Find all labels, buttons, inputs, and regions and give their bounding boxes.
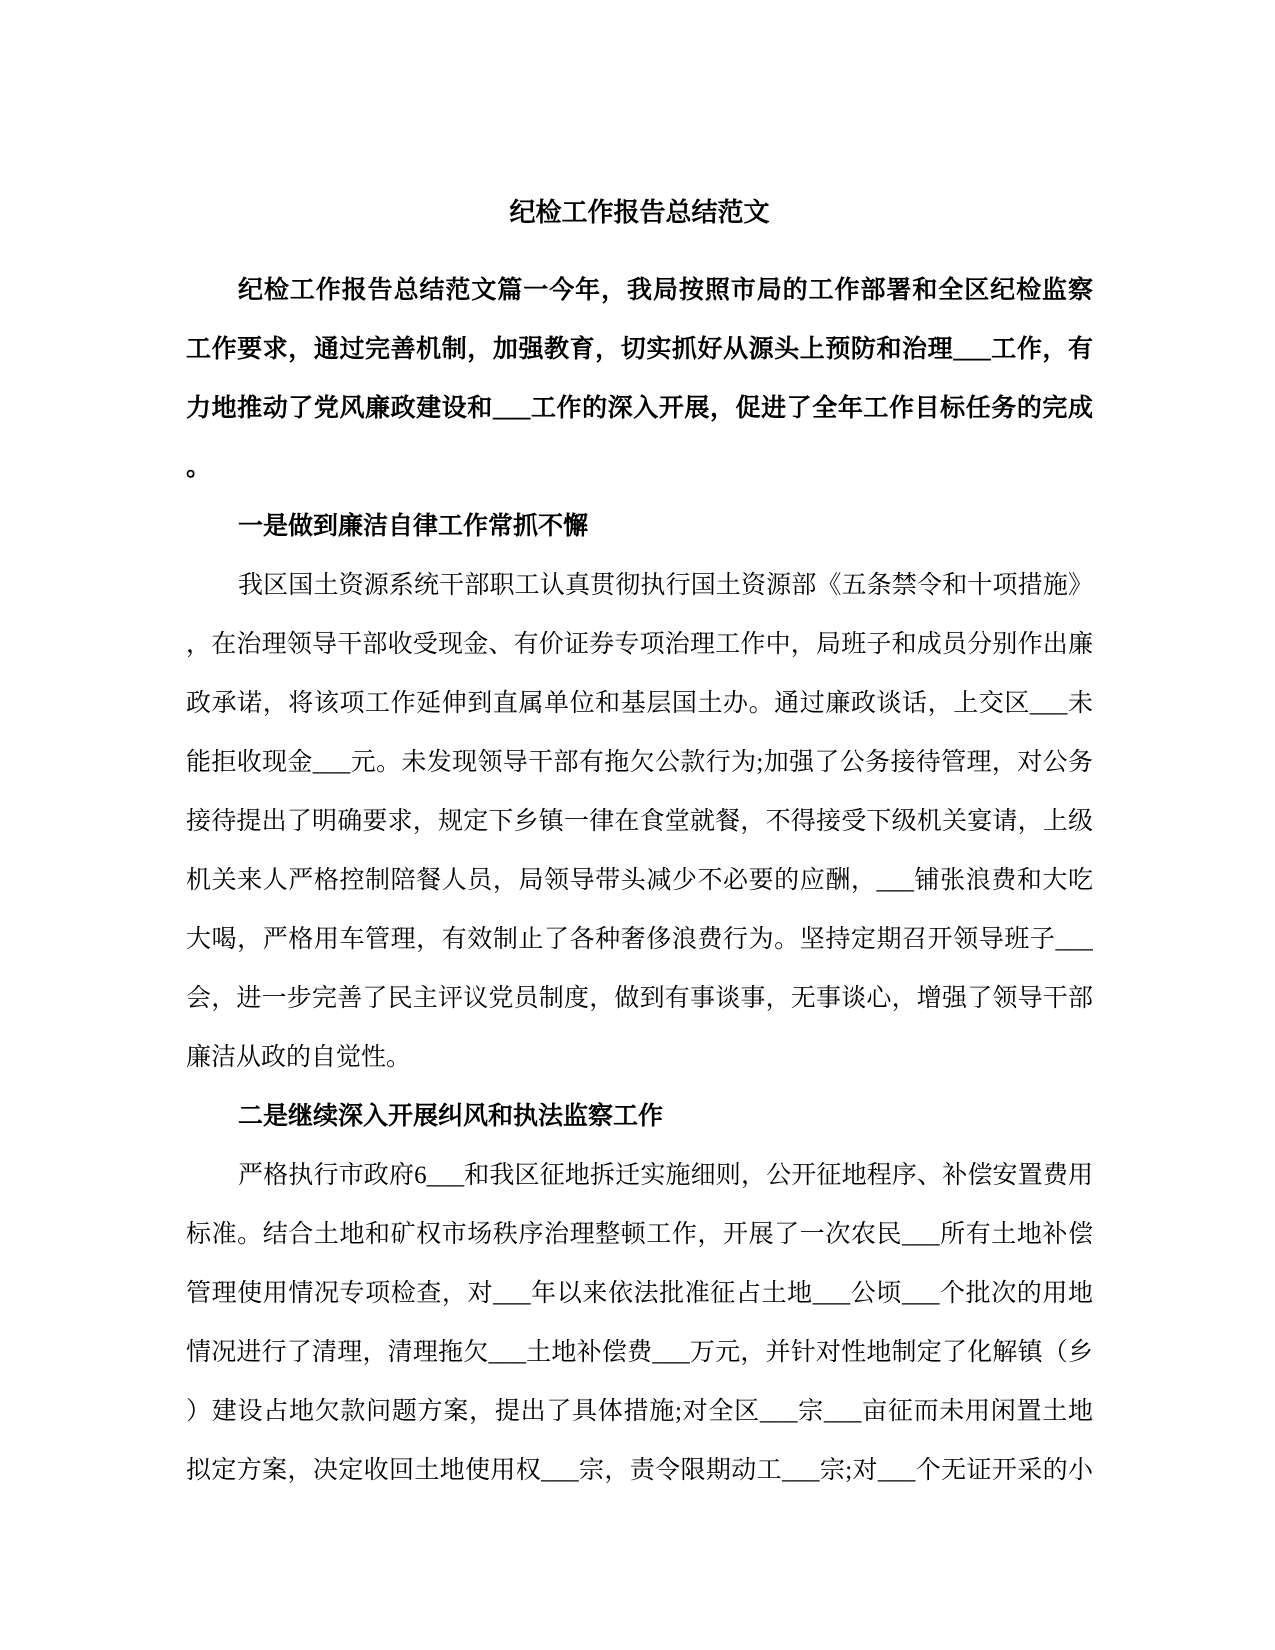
text-line: 管理使用情况专项检查，对___年以来依法批准征占土地___公顷___个批次的用地 bbox=[186, 1264, 1093, 1323]
intro-paragraph: 纪检工作报告总结范文篇一今年，我局按照市局的工作部署和全区纪检监察工作要求，通过… bbox=[186, 261, 1093, 497]
text-line: 我区国土资源系统干部职工认真贯彻执行国土资源部《五条禁令和十项措施》 bbox=[186, 556, 1093, 615]
text-line: 廉洁从政的自觉性。 bbox=[186, 1028, 1093, 1087]
text-line: 政承诺，将该项工作延伸到直属单位和基层国土办。通过廉政谈话，上交区___未 bbox=[186, 674, 1093, 733]
text-line: 接待提出了明确要求，规定下乡镇一律在食堂就餐，不得接受下级机关宴请，上级 bbox=[186, 792, 1093, 851]
section-paragraph-1: 我区国土资源系统干部职工认真贯彻执行国土资源部《五条禁令和十项措施》，在治理领导… bbox=[186, 556, 1093, 1087]
text-line: 标准。结合土地和矿权市场秩序治理整顿工作，开展了一次农民___所有土地补偿 bbox=[186, 1205, 1093, 1264]
text-line: 拟定方案，决定收回土地使用权___宗，责令限期动工___宗;对___个无证开采的… bbox=[186, 1441, 1093, 1500]
text-line: 机关来人严格控制陪餐人员，局领导带头减少不必要的应酬，___铺张浪费和大吃 bbox=[186, 851, 1093, 910]
section-heading-2: 二是继续深入开展纠风和执法监察工作 bbox=[186, 1087, 1093, 1146]
text-line: 一是做到廉洁自律工作常抓不懈 bbox=[186, 497, 1093, 556]
text-line: ，在治理领导干部收受现金、有价证券专项治理工作中，局班子和成员分别作出廉 bbox=[186, 615, 1093, 674]
text-line: 严格执行市政府6___和我区征地拆迁实施细则，公开征地程序、补偿安置费用 bbox=[186, 1146, 1093, 1205]
text-line: 。 bbox=[186, 438, 1093, 497]
text-line: 能拒收现金___元。未发现领导干部有拖欠公款行为;加强了公务接待管理，对公务 bbox=[186, 733, 1093, 792]
text-line: 力地推动了党风廉政建设和___工作的深入开展，促进了全年工作目标任务的完成 bbox=[186, 379, 1093, 438]
text-line: 会，进一步完善了民主评议党员制度，做到有事谈事，无事谈心，增强了领导干部 bbox=[186, 969, 1093, 1028]
text-line: 二是继续深入开展纠风和执法监察工作 bbox=[186, 1087, 1093, 1146]
document-page: 纪检工作报告总结范文 纪检工作报告总结范文篇一今年，我局按照市局的工作部署和全区… bbox=[0, 0, 1275, 1650]
section-heading-1: 一是做到廉洁自律工作常抓不懈 bbox=[186, 497, 1093, 556]
document-body: 纪检工作报告总结范文篇一今年，我局按照市局的工作部署和全区纪检监察工作要求，通过… bbox=[186, 261, 1093, 1500]
text-line: ）建设占地欠款问题方案，提出了具体措施;对全区___宗___亩征而未用闲置土地 bbox=[186, 1382, 1093, 1441]
text-line: 纪检工作报告总结范文篇一今年，我局按照市局的工作部署和全区纪检监察 bbox=[186, 261, 1093, 320]
document-title: 纪检工作报告总结范文 bbox=[186, 183, 1093, 242]
text-line: 工作要求，通过完善机制，加强教育，切实抓好从源头上预防和治理___工作，有 bbox=[186, 320, 1093, 379]
text-line: 情况进行了清理，清理拖欠___土地补偿费___万元，并针对性地制定了化解镇（乡 bbox=[186, 1323, 1093, 1382]
section-paragraph-2: 严格执行市政府6___和我区征地拆迁实施细则，公开征地程序、补偿安置费用标准。结… bbox=[186, 1146, 1093, 1500]
text-line: 大喝，严格用车管理，有效制止了各种奢侈浪费行为。坚持定期召开领导班子___ bbox=[186, 910, 1093, 969]
